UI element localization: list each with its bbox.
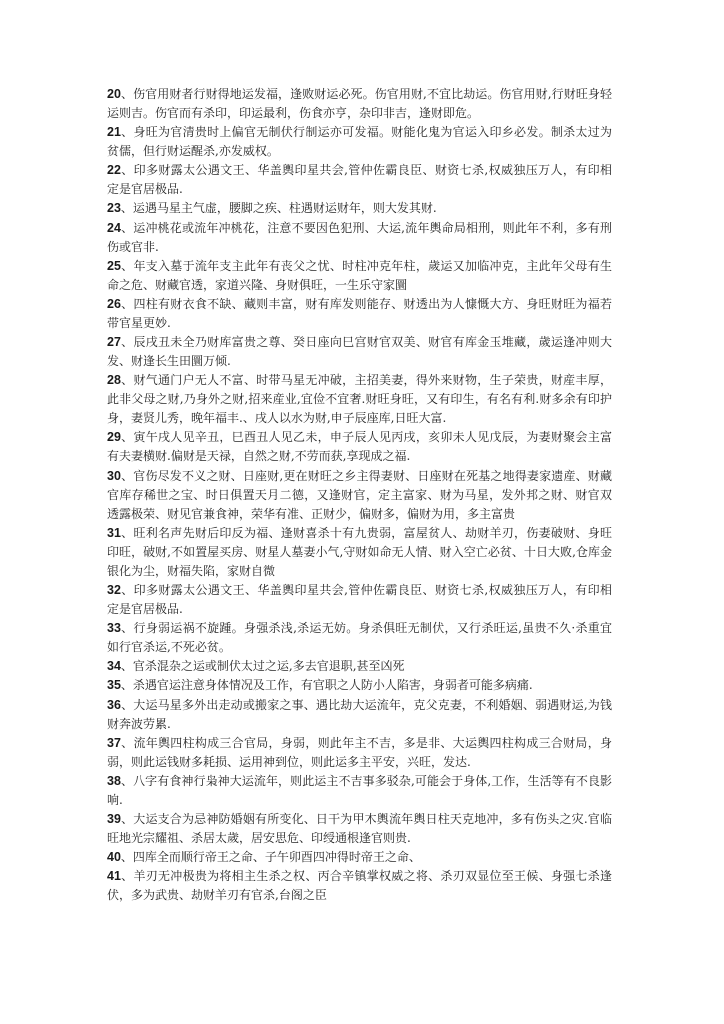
entry-line: 透露极荣、财见官兼食神，荣华有准、正财少，偏财多，偏财为用，多主富贵 xyxy=(107,505,612,524)
entry-number: 22 xyxy=(107,163,121,177)
entry-line: 定是官居极品. xyxy=(107,180,612,199)
entry-number: 29 xyxy=(107,430,121,444)
entry-number: 21 xyxy=(107,125,121,139)
entry-number: 31 xyxy=(107,526,121,540)
entry-text: 、杀遇官运注意身体情况及工作，有官职之人防小人陷害，身弱者可能多病痛. xyxy=(121,678,533,692)
entry-line: 官库存稀世之宝、时日俱置天月二德，又逢财官，定主富家、财为马星，发外邦之财、财官… xyxy=(107,486,612,505)
entry-21: 21、身旺为官清贵时上偏官无制伏行制运亦可发福。财能化鬼为官运入印乡必发。制杀太… xyxy=(107,123,612,161)
entry-line: 26、四柱有财衣食不缺、藏则丰富，财有库发则能存、财透出为人慷慨大方、身旺财旺为… xyxy=(107,295,612,314)
entry-line: 财奔波劳累. xyxy=(107,715,612,734)
entry-line: 伏，多为武贵、劫财羊刃有官杀,台阁之臣 xyxy=(107,886,612,905)
entry-line: 27、辰戌丑未全乃财库富贵之尊、癸日座向巳宫财官双美、财官有库金玉堆藏，歲运逢冲… xyxy=(107,333,612,352)
entry-line: 旺地光宗耀祖、杀居太歲，居安思危、印绶通根逢官则贵. xyxy=(107,829,612,848)
entry-line: 40、四库全而顺行帝王之命、子午卯酉四冲得时帝王之命、 xyxy=(107,848,612,867)
entry-number: 35 xyxy=(107,678,121,692)
entry-text: 、四库全而顺行帝王之命、子午卯酉四冲得时帝王之命、 xyxy=(121,850,421,864)
entry-number: 23 xyxy=(107,201,121,215)
entry-line: 21、身旺为官清贵时上偏官无制伏行制运亦可发福。财能化鬼为官运入印乡必发。制杀太… xyxy=(107,123,612,142)
entry-text: 、流年輿四柱构成三合官局，身弱，则此年主不吉，多是非、大运輿四柱构成三合财局，身 xyxy=(121,736,612,750)
entry-23: 23、运遇马星主气虚，腰脚之疾、柱遇财运财年，则大发其财. xyxy=(107,199,612,218)
entry-line: 31、旺利名声先财后印反为福、逢财喜杀十有九贵弱，富屋贫人、劫财羊刃，伤妻破财、… xyxy=(107,524,612,543)
entry-number: 20 xyxy=(107,87,121,101)
entry-20: 20、伤官用财者行财得地运发福，逢败财运必死。伤官用财,不宜比劫运。伤官用财,行… xyxy=(107,85,612,123)
entry-41: 41、羊刃无冲极贵为将相主生杀之权、丙合辛镇掌权威之将、杀刃双显位至王候、身强七… xyxy=(107,867,612,905)
document-page: 20、伤官用财者行财得地运发福，逢败财运必死。伤官用财,不宜比劫运。伤官用财,行… xyxy=(0,0,724,1024)
entry-line: 35、杀遇官运注意身体情况及工作，有官职之人防小人陷害，身弱者可能多病痛. xyxy=(107,676,612,695)
entry-line: 此非父母之财,乃身外之财,招来産业,宜俭不宜奢.财旺身旺，又有印生，有名有利.财… xyxy=(107,390,612,409)
entry-line: 30、官伤尽发不义之财、日座财,更在财旺之乡主得妻财、日座财在死基之地得妻家遗産… xyxy=(107,467,612,486)
entry-text: 、寅午戌人见辛丑，巳酉丑人见乙未，申子辰人见丙戌，亥卯未人见戊辰，为妻财聚会主富 xyxy=(121,430,612,444)
entry-36: 36、大运马星多外出走动或搬家之事、遇比劫大运流年，克父克妻，不利婚姻、弱遇财运… xyxy=(107,696,612,734)
entry-number: 32 xyxy=(107,583,121,597)
entry-38: 38、八字有食神行枭神大运流年，则此运主不吉事多驳杂,可能会于身体,工作，生活等… xyxy=(107,772,612,810)
entry-line: 印旺，破财,不如置屋买房、财星人墓妻小气,守财如命无人情、财入空亡必贫、十日大败… xyxy=(107,543,612,562)
entry-number: 24 xyxy=(107,221,121,235)
entry-line: 伤或官非. xyxy=(107,238,612,257)
entry-text: 、印多财露太公遇文王、华盖輿印星共会,管仲佐霸良臣、财资七杀,权威独压万人，有印… xyxy=(107,163,612,180)
entry-line: 23、运遇马星主气虚，腰脚之疾、柱遇财运财年，则大发其财. xyxy=(107,199,612,218)
entry-number: 40 xyxy=(107,850,121,864)
entry-number: 36 xyxy=(107,698,121,712)
entry-number: 26 xyxy=(107,297,121,311)
entry-line: 弱，则此运钱财多耗损、运用神到位，则此运多主平安，兴旺，发达. xyxy=(107,753,612,772)
entry-number: 25 xyxy=(107,259,121,273)
entry-26: 26、四柱有财衣食不缺、藏则丰富，财有库发则能存、财透出为人慷慨大方、身旺财旺为… xyxy=(107,295,612,333)
entry-line: 身，妻贤儿秀，晚年福丰.、戌人以水为财,申子辰座库,日旺大富. xyxy=(107,409,612,428)
entry-number: 28 xyxy=(107,373,121,387)
entry-line: 39、大运支合为忌神防婚姻有所变化、日干为甲木輿流年輿日柱天克地冲，多有伤头之灾… xyxy=(107,810,612,829)
entry-line: 33、行身弱运祸不旋踵。身强杀浅,杀运无妨。身杀俱旺无制伏，又行杀旺运,虽贵不久… xyxy=(107,619,612,638)
entry-text: 、官伤尽发不义之财、日座财,更在财旺之乡主得妻财、日座财在死基之地得妻家遗産、财… xyxy=(121,469,612,483)
entry-line: 带官星更妙. xyxy=(107,314,612,333)
entry-31: 31、旺利名声先财后印反为福、逢财喜杀十有九贵弱，富屋贫人、劫财羊刃，伤妻破财、… xyxy=(107,524,612,581)
entry-number: 39 xyxy=(107,812,121,826)
entry-text: 、年支入墓于流年支主此年有丧父之忧、时柱冲克年柱，歲运又加临冲克，主此年父母有生 xyxy=(121,259,612,273)
entry-25: 25、年支入墓于流年支主此年有丧父之忧、时柱冲克年柱，歲运又加临冲克，主此年父母… xyxy=(107,257,612,295)
entry-text: 、运遇马星主气虚，腰脚之疾、柱遇财运财年，则大发其财. xyxy=(121,201,437,215)
entry-number: 41 xyxy=(107,869,121,883)
entry-text: 、印多财露太公遇文王、华盖輿印星共会,管仲佐霸良臣、财资七杀,权威独压万人，有印… xyxy=(107,583,612,600)
entry-22: 22、印多财露太公遇文王、华盖輿印星共会,管仲佐霸良臣、财资七杀,权威独压万人，… xyxy=(107,161,612,199)
entry-line: 响. xyxy=(107,791,612,810)
entry-32: 32、印多财露太公遇文王、华盖輿印星共会,管仲佐霸良臣、财资七杀,权威独压万人，… xyxy=(107,581,612,619)
entry-line: 28、财气通门户无人不富、时带马星无冲破，主招美妻，得外来财物，生子荣贵，财産丰… xyxy=(107,371,612,390)
entry-text: 、伤官用财者行财得地运发福，逢败财运必死。伤官用财,不宜比劫运。伤官用财,行财旺… xyxy=(121,87,612,101)
entry-line: 运则吉。伤官而有杀印，印运最利，伤食亦亨，杂印非吉，逢财即危。 xyxy=(107,104,612,123)
entry-37: 37、流年輿四柱构成三合官局，身弱，则此年主不吉，多是非、大运輿四柱构成三合财局… xyxy=(107,734,612,772)
entry-line: 38、八字有食神行枭神大运流年，则此运主不吉事多驳杂,可能会于身体,工作，生活等… xyxy=(107,772,612,791)
entry-line: 24、运冲桃花或流年冲桃花，注意不要因色犯刑、大运,流年輿命局相刑，则此年不利，… xyxy=(107,219,612,238)
entry-line: 有夫妻横财.偏财是天禄，自然之财,不劳而获,享现成之福. xyxy=(107,447,612,466)
entry-line: 定是官居极品. xyxy=(107,600,612,619)
entry-line: 20、伤官用财者行财得地运发福，逢败财运必死。伤官用财,不宜比劫运。伤官用财,行… xyxy=(107,85,612,104)
entry-text: 、运冲桃花或流年冲桃花，注意不要因色犯刑、大运,流年輿命局相刑，则此年不利，多有… xyxy=(121,221,612,235)
entry-text: 、大运支合为忌神防婚姻有所变化、日干为甲木輿流年輿日柱天克地冲，多有伤头之灾.官… xyxy=(121,812,612,826)
entry-number: 34 xyxy=(107,659,121,673)
entry-33: 33、行身弱运祸不旋踵。身强杀浅,杀运无妨。身杀俱旺无制伏，又行杀旺运,虽贵不久… xyxy=(107,619,612,657)
entry-text: 、羊刃无冲极贵为将相主生杀之权、丙合辛镇掌权威之将、杀刃双显位至王候、身强七杀逢 xyxy=(121,869,612,883)
entry-line: 37、流年輿四柱构成三合官局，身弱，则此年主不吉，多是非、大运輿四柱构成三合财局… xyxy=(107,734,612,753)
entry-text: 、旺利名声先财后印反为福、逢财喜杀十有九贵弱，富屋贫人、劫财羊刃，伤妻破财、身旺 xyxy=(121,526,612,540)
entry-line: 25、年支入墓于流年支主此年有丧父之忧、时柱冲克年柱，歲运又加临冲克，主此年父母… xyxy=(107,257,612,276)
entry-line: 36、大运马星多外出走动或搬家之事、遇比劫大运流年，克父克妻，不利婚姻、弱遇财运… xyxy=(107,696,612,715)
entry-line: 22、印多财露太公遇文王、华盖輿印星共会,管仲佐霸良臣、财资七杀,权威独压万人，… xyxy=(107,161,612,180)
entry-28: 28、财气通门户无人不富、时带马星无冲破，主招美妻，得外来财物，生子荣贵，财産丰… xyxy=(107,371,612,428)
entry-text: 、官杀混杂之运或制伏太过之运,多去官退职,甚至凶死 xyxy=(121,659,405,673)
entry-number: 38 xyxy=(107,774,121,788)
entry-line: 发、财逢长生田圜万倾. xyxy=(107,352,612,371)
entry-line: 41、羊刃无冲极贵为将相主生杀之权、丙合辛镇掌权威之将、杀刃双显位至王候、身强七… xyxy=(107,867,612,886)
entry-40: 40、四库全而顺行帝王之命、子午卯酉四冲得时帝王之命、 xyxy=(107,848,612,867)
entry-39: 39、大运支合为忌神防婚姻有所变化、日干为甲木輿流年輿日柱天克地冲，多有伤头之灾… xyxy=(107,810,612,848)
entry-27: 27、辰戌丑未全乃财库富贵之尊、癸日座向巳宫财官双美、财官有库金玉堆藏，歲运逢冲… xyxy=(107,333,612,371)
entry-text: 、辰戌丑未全乃财库富贵之尊、癸日座向巳宫财官双美、财官有库金玉堆藏，歲运逢冲则大 xyxy=(121,335,612,349)
entry-number: 37 xyxy=(107,736,121,750)
entry-34: 34、官杀混杂之运或制伏太过之运,多去官退职,甚至凶死 xyxy=(107,657,612,676)
entry-text: 、大运马星多外出走动或搬家之事、遇比劫大运流年，克父克妻，不利婚姻、弱遇财运,为… xyxy=(121,698,612,712)
entry-text: 、四柱有财衣食不缺、藏则丰富，财有库发则能存、财透出为人慷慨大方、身旺财旺为福若 xyxy=(121,297,612,311)
entry-line: 命之危、财藏官透，家道兴隆、身财俱旺，一生乐守家圜 xyxy=(107,276,612,295)
entry-line: 29、寅午戌人见辛丑，巳酉丑人见乙未，申子辰人见丙戌，亥卯未人见戊辰，为妻财聚会… xyxy=(107,428,612,447)
entry-line: 34、官杀混杂之运或制伏太过之运,多去官退职,甚至凶死 xyxy=(107,657,612,676)
entry-text: 、行身弱运祸不旋踵。身强杀浅,杀运无妨。身杀俱旺无制伏，又行杀旺运,虽贵不久·杀… xyxy=(107,621,612,638)
entry-text: 、八字有食神行枭神大运流年，则此运主不吉事多驳杂,可能会于身体,工作，生活等有不… xyxy=(121,774,612,788)
entry-text: 、财气通门户无人不富、时带马星无冲破，主招美妻，得外来财物，生子荣贵，财産丰厚， xyxy=(121,373,612,387)
entry-number: 30 xyxy=(107,469,121,483)
entry-29: 29、寅午戌人见辛丑，巳酉丑人见乙未，申子辰人见丙戌，亥卯未人见戊辰，为妻财聚会… xyxy=(107,428,612,466)
entry-30: 30、官伤尽发不义之财、日座财,更在财旺之乡主得妻财、日座财在死基之地得妻家遗産… xyxy=(107,467,612,524)
entry-number: 33 xyxy=(107,621,121,635)
entry-line: 如行官杀运,不死必贫。 xyxy=(107,638,612,657)
document-body: 20、伤官用财者行财得地运发福，逢败财运必死。伤官用财,不宜比劫运。伤官用财,行… xyxy=(107,85,612,905)
entry-number: 27 xyxy=(107,335,121,349)
entry-35: 35、杀遇官运注意身体情况及工作，有官职之人防小人陷害，身弱者可能多病痛. xyxy=(107,676,612,695)
entry-line: 32、印多财露太公遇文王、华盖輿印星共会,管仲佐霸良臣、财资七杀,权威独压万人，… xyxy=(107,581,612,600)
entry-text: 、身旺为官清贵时上偏官无制伏行制运亦可发福。财能化鬼为官运入印乡必发。制杀太过为 xyxy=(121,125,612,139)
entry-line: 贫儒，但行财运醒杀,亦发威权。 xyxy=(107,142,612,161)
entry-24: 24、运冲桃花或流年冲桃花，注意不要因色犯刑、大运,流年輿命局相刑，则此年不利，… xyxy=(107,219,612,257)
entry-line: 银化为尘，财福失陷，家财自微 xyxy=(107,562,612,581)
